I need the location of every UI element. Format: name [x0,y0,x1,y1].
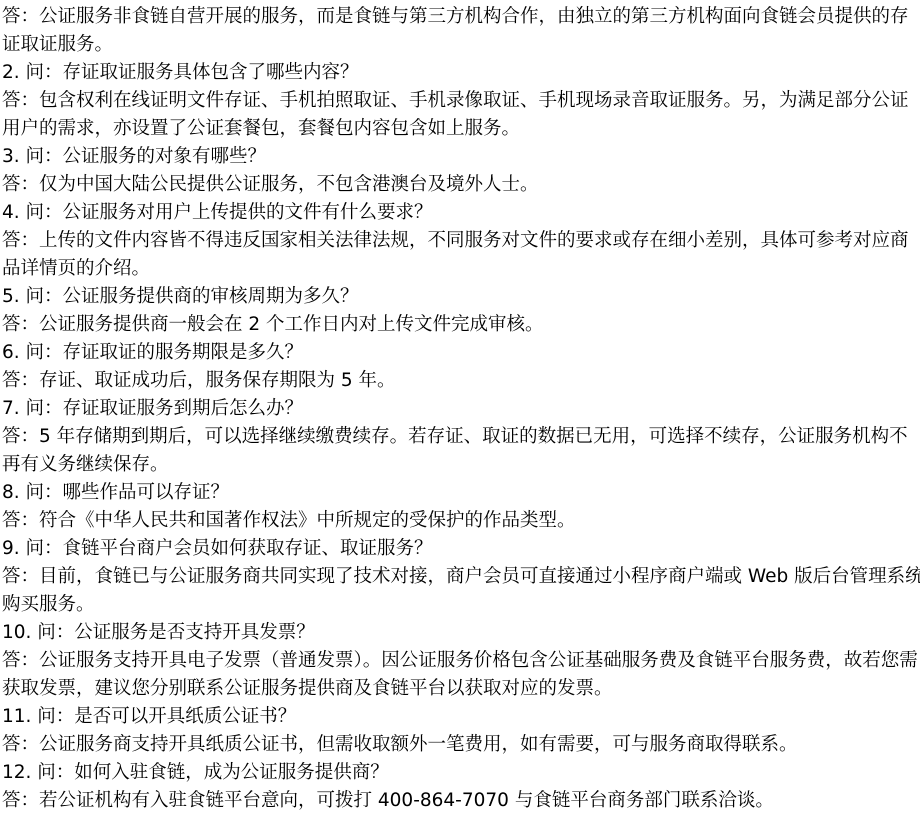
faq-question-line: 11. 问：是否可以开具纸质公证书？ [2,703,920,731]
faq-question-line: 3. 问：公证服务的对象有哪些？ [2,143,920,171]
faq-answer-line: 答：公证服务商支持开具纸质公证书，但需收取额外一笔费用，如有需要，可与服务商取得… [2,731,920,759]
faq-answer-line: 答：仅为中国大陆公民提供公证服务，不包含港澳台及境外人士。 [2,171,920,199]
faq-question-line: 4. 问：公证服务对用户上传提供的文件有什么要求？ [2,199,920,227]
faq-answer-line: 再有义务继续保存。 [2,451,920,479]
faq-question-line: 7. 问：存证取证服务到期后怎么办？ [2,395,920,423]
faq-answer-line: 答：公证服务提供商一般会在 2 个工作日内对上传文件完成审核。 [2,311,920,339]
faq-answer-line: 获取发票，建议您分别联系公证服务提供商及食链平台以获取对应的发票。 [2,675,920,703]
faq-answer-line: 答：包含权利在线证明文件存证、手机拍照取证、手机录像取证、手机现场录音取证服务。… [2,87,920,115]
faq-question-line: 6. 问：存证取证的服务期限是多久？ [2,339,920,367]
faq-question-line: 8. 问：哪些作品可以存证？ [2,479,920,507]
faq-answer-line: 答：若公证机构有入驻食链平台意向，可拨打 400-864-7070 与食链平台商… [2,787,920,815]
faq-question-line: 5. 问：公证服务提供商的审核周期为多久？ [2,283,920,311]
faq-answer-line: 答：5 年存储期到期后，可以选择继续缴费续存。若存证、取证的数据已无用，可选择不… [2,423,920,451]
faq-answer-line: 证取证服务。 [2,31,920,59]
faq-question-line: 12. 问：如何入驻食链，成为公证服务提供商？ [2,759,920,787]
faq-answer-line: 品详情页的介绍。 [2,255,920,283]
faq-answer-line: 答：上传的文件内容皆不得违反国家相关法律法规，不同服务对文件的要求或存在细小差别… [2,227,920,255]
faq-document-page: 答：公证服务非食链自营开展的服务，而是食链与第三方机构合作，由独立的第三方机构面… [0,0,920,817]
faq-answer-line: 答：目前，食链已与公证服务商共同实现了技术对接，商户会员可直接通过小程序商户端或… [2,563,920,591]
faq-question-line: 9. 问：食链平台商户会员如何获取存证、取证服务？ [2,535,920,563]
faq-answer-line: 用户的需求，亦设置了公证套餐包，套餐包内容包含如上服务。 [2,115,920,143]
faq-answer-line: 答：符合《中华人民共和国著作权法》中所规定的受保护的作品类型。 [2,507,920,535]
faq-answer-line: 购买服务。 [2,591,920,619]
faq-answer-line: 答：公证服务支持开具电子发票（普通发票）。因公证服务价格包含公证基础服务费及食链… [2,647,920,675]
faq-answer-line: 答：公证服务非食链自营开展的服务，而是食链与第三方机构合作，由独立的第三方机构面… [2,3,920,31]
faq-question-line: 2. 问：存证取证服务具体包含了哪些内容？ [2,59,920,87]
faq-answer-line: 答：存证、取证成功后，服务保存期限为 5 年。 [2,367,920,395]
faq-question-line: 10. 问：公证服务是否支持开具发票？ [2,619,920,647]
